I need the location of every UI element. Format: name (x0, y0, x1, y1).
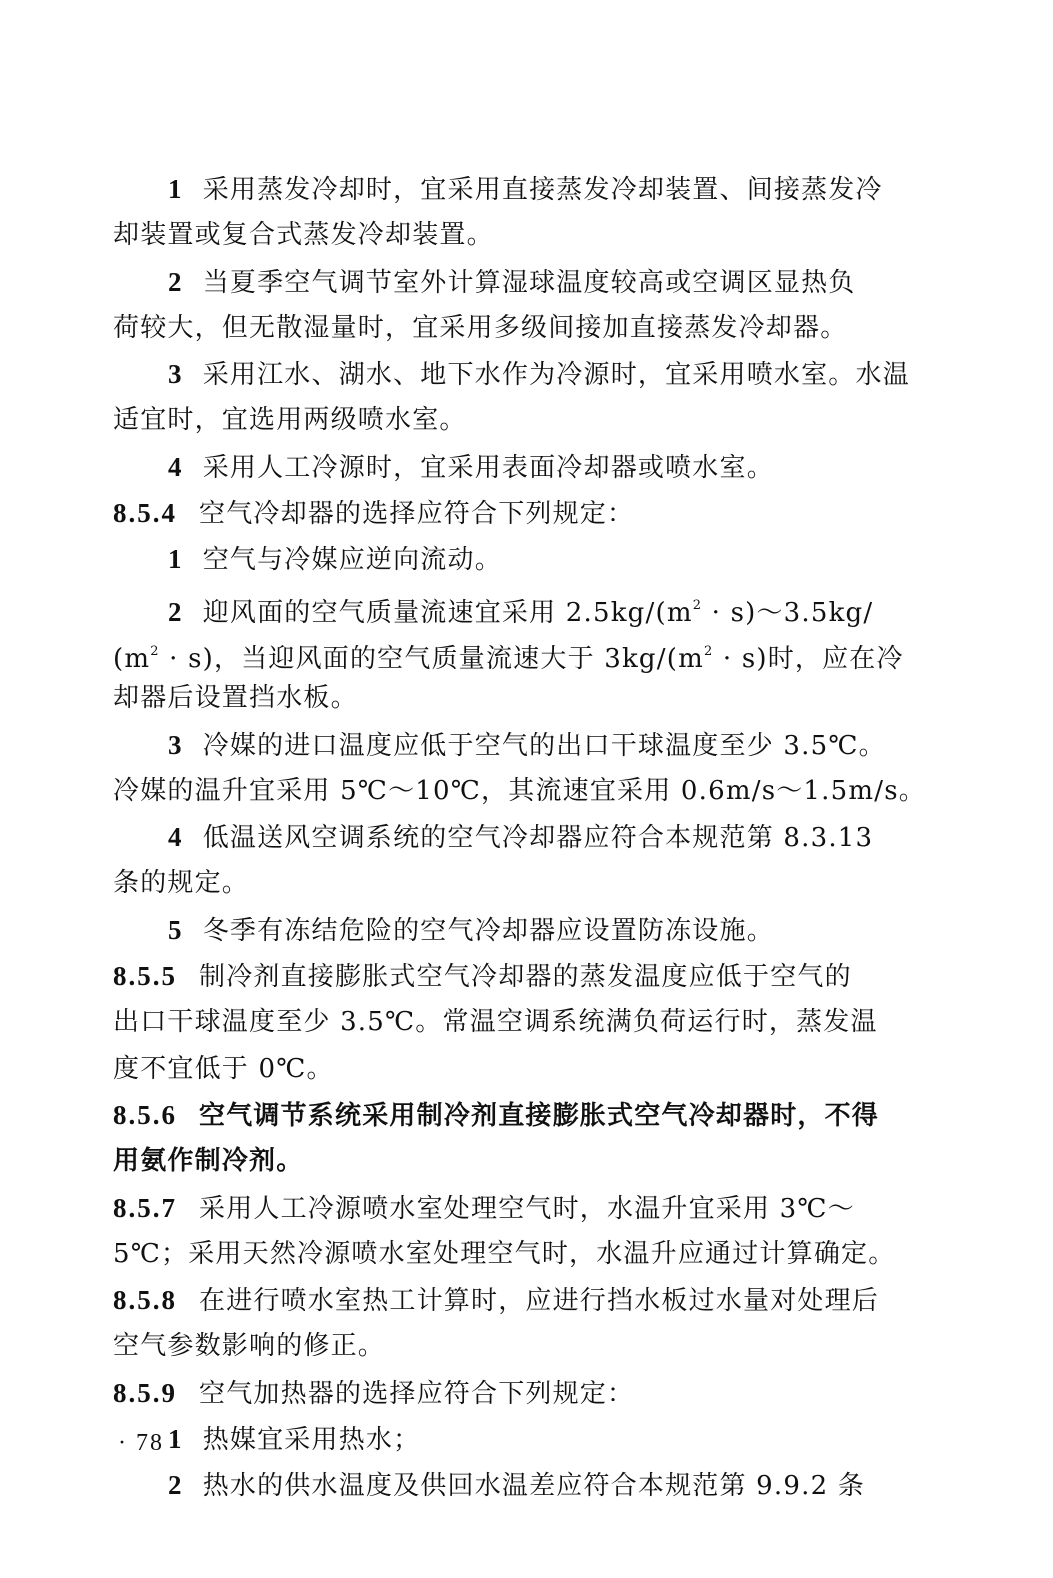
item-text: 却装置或复合式蒸发冷却装置。 (113, 220, 494, 250)
clause-8-5-7: 8.5.7采用人工冷源喷水室处理空气时，水温升宜采用 3℃～ (113, 1185, 923, 1231)
item-number: 4 (168, 452, 183, 482)
item-number: 4 (168, 822, 183, 852)
list-item-2-continuation: 荷较大，但无散湿量时，宜采用多级间接加直接蒸发冷却器。 (113, 305, 923, 351)
list-item-4: 4采用人工冷源时，宜采用表面冷却器或喷水室。 (113, 444, 923, 490)
clause-8-5-4-item-2-continuation-2: 却器后设置挡水板。 (113, 675, 923, 721)
clause-8-5-8: 8.5.8在进行喷水室热工计算时，应进行挡水板过水量对处理后 (113, 1277, 923, 1323)
clause-text: 5℃；采用天然冷源喷水室处理空气时，水温升应通过计算确定。 (113, 1239, 895, 1269)
item-number: 1 (168, 174, 183, 204)
item-text: 条的规定。 (113, 868, 249, 898)
item-text: 冬季有冻结危险的空气冷却器应设置防冻设施。 (203, 916, 774, 946)
clause-number: 8.5.4 (113, 498, 177, 528)
item-text: 当夏季空气调节室外计算湿球温度较高或空调区显热负 (203, 268, 856, 298)
item-number: 2 (168, 1470, 183, 1500)
clause-8-5-4-item-2: 2迎风面的空气质量流速宜采用 2.5kg/(m2 · s)～3.5kg/ (113, 583, 923, 629)
item-text: 采用江水、湖水、地下水作为冷源时，宜采用喷水室。水温 (203, 360, 910, 390)
item-text: 热媒宜采用热水； (203, 1425, 421, 1455)
list-item-3-continuation: 适宜时，宜选用两级喷水室。 (113, 397, 923, 443)
clause-number: 8.5.9 (113, 1378, 177, 1408)
clause-8-5-6-continuation: 用氨作制冷剂。 (113, 1138, 923, 1184)
clause-number: 8.5.8 (113, 1285, 177, 1315)
item-text: 冷媒的温升宜采用 5℃～10℃，其流速宜采用 0.6m/s～1.5m/s。 (113, 776, 926, 806)
clause-8-5-9-item-1: 1热媒宜采用热水； (113, 1416, 923, 1462)
clause-text: 空气加热器的选择应符合下列规定： (199, 1379, 634, 1409)
item-text: 采用蒸发冷却时，宜采用直接蒸发冷却装置、间接蒸发冷 (203, 175, 883, 205)
document-page: 1采用蒸发冷却时，宜采用直接蒸发冷却装置、间接蒸发冷 却装置或复合式蒸发冷却装置… (113, 166, 923, 1509)
item-text: 荷较大，但无散湿量时，宜采用多级间接加直接蒸发冷却器。 (113, 313, 847, 343)
clause-8-5-4: 8.5.4空气冷却器的选择应符合下列规定： (113, 490, 923, 536)
clause-8-5-5: 8.5.5制冷剂直接膨胀式空气冷却器的蒸发温度应低于空气的 (113, 953, 923, 999)
list-item-2: 2当夏季空气调节室外计算湿球温度较高或空调区显热负 (113, 259, 923, 305)
clause-number: 8.5.5 (113, 961, 177, 991)
clause-8-5-8-continuation: 空气参数影响的修正。 (113, 1323, 923, 1369)
clause-text-mandatory: 用氨作制冷剂。 (113, 1146, 303, 1176)
clause-8-5-7-continuation: 5℃；采用天然冷源喷水室处理空气时，水温升应通过计算确定。 (113, 1231, 923, 1277)
item-text: 冷媒的进口温度应低于空气的出口干球温度至少 3.5℃。 (203, 731, 886, 761)
item-text: 迎风面的空气质量流速宜采用 2.5kg/(m (203, 598, 693, 628)
clause-8-5-4-item-5: 5冬季有冻结危险的空气冷却器应设置防冻设施。 (113, 907, 923, 953)
clause-8-5-4-item-3-continuation: 冷媒的温升宜采用 5℃～10℃，其流速宜采用 0.6m/s～1.5m/s。 (113, 768, 923, 814)
clause-text: 出口干球温度至少 3.5℃。常温空调系统满负荷运行时，蒸发温 (113, 1007, 878, 1037)
clause-8-5-9: 8.5.9空气加热器的选择应符合下列规定： (113, 1370, 923, 1416)
item-text: 低温送风空调系统的空气冷却器应符合本规范第 8.3.13 (203, 823, 874, 853)
item-text: 却器后设置挡水板。 (113, 683, 358, 713)
clause-8-5-5-continuation-2: 度不宜低于 0℃。 (113, 1046, 923, 1092)
clause-text-mandatory: 空气调节系统采用制冷剂直接膨胀式空气冷却器时，不得 (199, 1101, 879, 1131)
item-number: 5 (168, 915, 183, 945)
clause-8-5-6: 8.5.6空气调节系统采用制冷剂直接膨胀式空气冷却器时，不得 (113, 1092, 923, 1138)
item-text: 热水的供水温度及供回水温差应符合本规范第 9.9.2 条 (203, 1471, 865, 1501)
item-text: 采用人工冷源时，宜采用表面冷却器或喷水室。 (203, 453, 774, 483)
clause-8-5-5-continuation: 出口干球温度至少 3.5℃。常温空调系统满负荷运行时，蒸发温 (113, 999, 923, 1045)
list-item-3: 3采用江水、湖水、地下水作为冷源时，宜采用喷水室。水温 (113, 351, 923, 397)
clause-text: 制冷剂直接膨胀式空气冷却器的蒸发温度应低于空气的 (199, 962, 852, 992)
clause-text: 采用人工冷源喷水室处理空气时，水温升宜采用 3℃～ (199, 1194, 855, 1224)
item-number: 2 (168, 267, 183, 297)
list-item-1: 1采用蒸发冷却时，宜采用直接蒸发冷却装置、间接蒸发冷 (113, 166, 923, 212)
item-number: 3 (168, 730, 183, 760)
item-text: · s)时，应在冷 (713, 644, 903, 674)
superscript: 2 (150, 644, 159, 659)
clause-number: 8.5.7 (113, 1193, 177, 1223)
item-text: · s)～3.5kg/ (702, 598, 873, 628)
clause-8-5-4-item-4: 4低温送风空调系统的空气冷却器应符合本规范第 8.3.13 (113, 814, 923, 860)
item-text: · s)，当迎风面的空气质量流速大于 3kg/(m (160, 644, 704, 674)
item-number: 1 (168, 544, 183, 574)
clause-8-5-4-item-3: 3冷媒的进口温度应低于空气的出口干球温度至少 3.5℃。 (113, 722, 923, 768)
clause-number: 8.5.6 (113, 1100, 177, 1130)
clause-8-5-4-item-4-continuation: 条的规定。 (113, 860, 923, 906)
clause-8-5-4-item-1: 1空气与冷媒应逆向流动。 (113, 536, 923, 582)
clause-text: 空气冷却器的选择应符合下列规定： (199, 499, 634, 529)
clause-text: 空气参数影响的修正。 (113, 1331, 385, 1361)
list-item-1-continuation: 却装置或复合式蒸发冷却装置。 (113, 212, 923, 258)
item-text: (m (113, 644, 150, 674)
superscript: 2 (693, 598, 702, 613)
item-text: 适宜时，宜选用两级喷水室。 (113, 405, 467, 435)
clause-8-5-4-item-2-continuation: (m2 · s)，当迎风面的空气质量流速大于 3kg/(m2 · s)时，应在冷 (113, 629, 923, 675)
clause-text: 度不宜低于 0℃。 (113, 1054, 334, 1084)
item-text: 空气与冷媒应逆向流动。 (203, 545, 502, 575)
page-number: · 78 · (118, 1430, 182, 1457)
item-number: 3 (168, 359, 183, 389)
superscript: 2 (704, 644, 713, 659)
clause-text: 在进行喷水室热工计算时，应进行挡水板过水量对处理后 (199, 1286, 879, 1316)
item-number: 2 (168, 597, 183, 627)
clause-8-5-9-item-2: 2热水的供水温度及供回水温差应符合本规范第 9.9.2 条 (113, 1462, 923, 1508)
